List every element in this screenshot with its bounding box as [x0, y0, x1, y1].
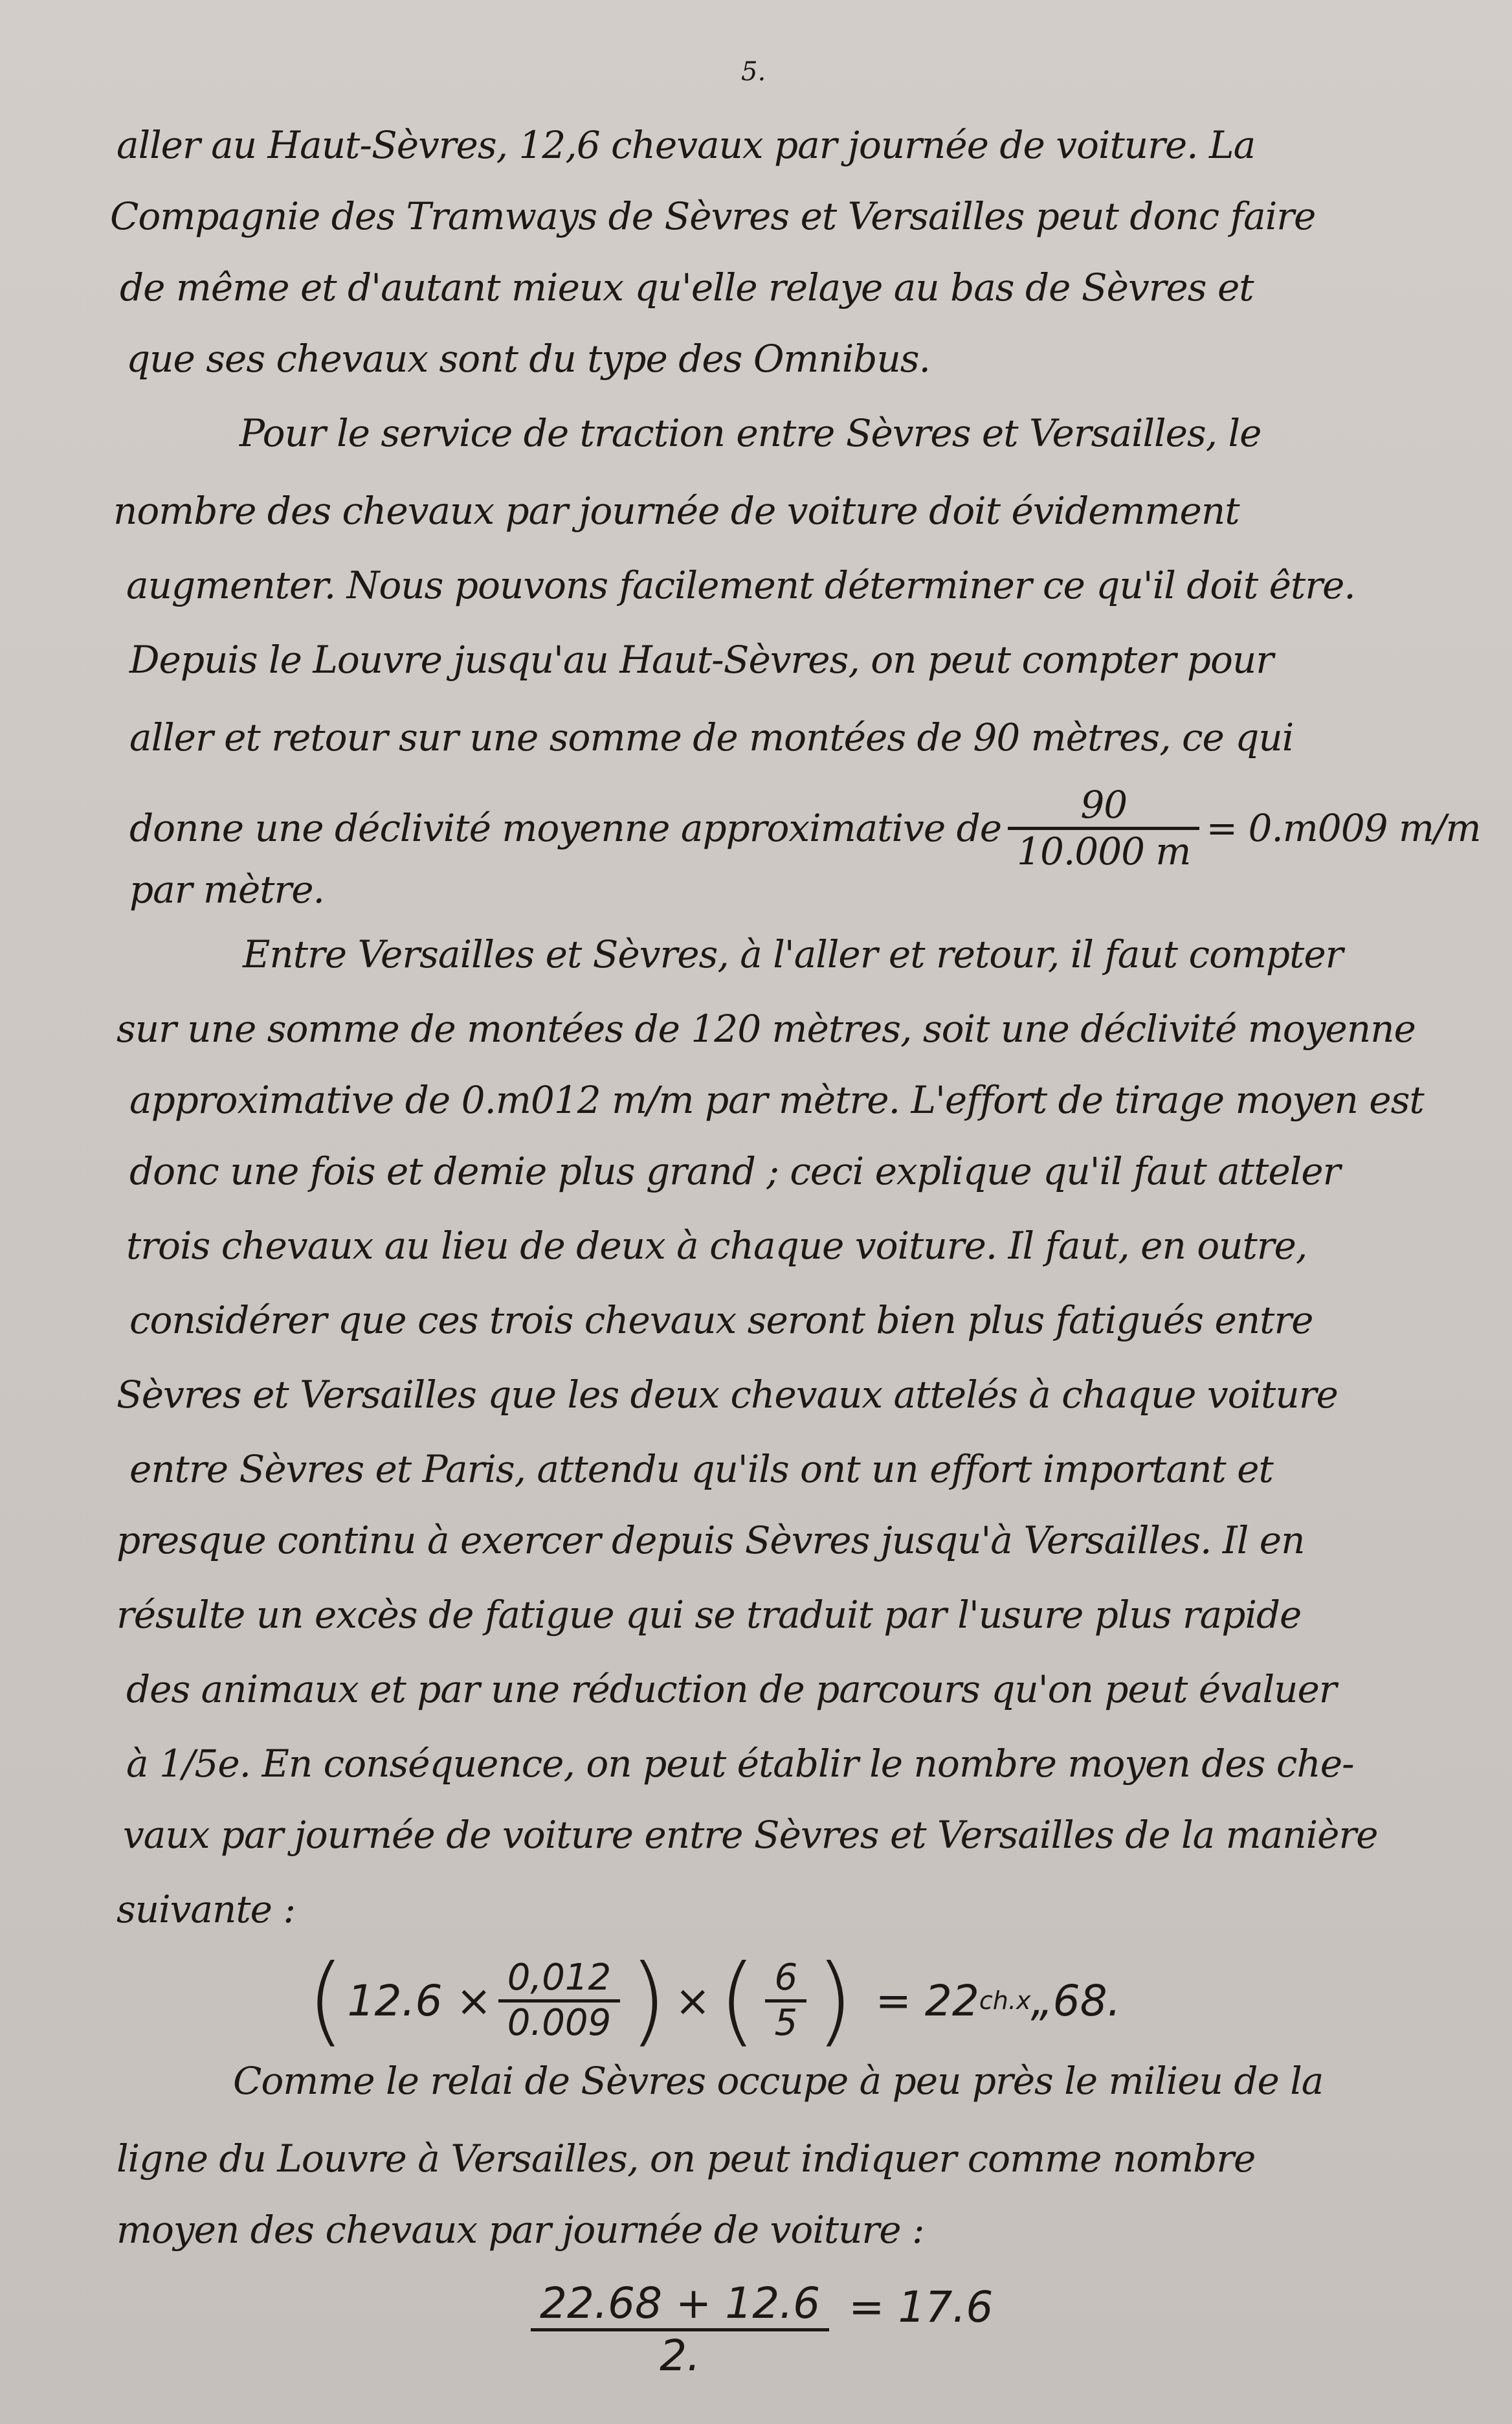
text-line: Comme le relai de Sèvres occupe à peu pr…: [233, 2059, 1323, 2103]
open-paren: (: [307, 1952, 345, 2049]
open-paren: (: [718, 1952, 757, 2049]
text-line: sur une somme de montées de 120 mètres, …: [117, 1007, 1416, 1051]
fraction-denominator: 2.: [650, 2331, 709, 2381]
ratio-fraction: 0,012 0.009: [498, 1957, 620, 2044]
text-line: suivante :: [117, 1887, 295, 1931]
text-line: augmenter. Nous pouvons facilement déter…: [126, 563, 1355, 607]
text-line: par mètre.: [129, 868, 324, 912]
text-line: aller et retour sur une somme de montées…: [129, 715, 1293, 759]
formula-decimal: „68.: [1030, 1976, 1120, 2026]
declivity-formula-line: donne une déclivité moyenne approximativ…: [129, 783, 1481, 873]
fraction-denominator: 10.000 m: [1008, 830, 1199, 873]
text-line: Pour le service de traction entre Sèvres…: [239, 411, 1261, 455]
fraction-numerator: 22.68 + 12.6: [531, 2279, 829, 2328]
horses-formula: ( 12.6 × 0,012 0.009 ) × ( 6 5 ) = 22 ch…: [304, 1952, 1121, 2049]
page-number: 5.: [741, 57, 766, 87]
text-line: trois chevaux au lieu de deux à chaque v…: [126, 1224, 1307, 1268]
text-line: Depuis le Louvre jusqu'au Haut-Sèvres, o…: [129, 638, 1273, 682]
average-formula: 22.68 + 12.6 2. = 17.6: [524, 2279, 993, 2381]
text-line: résulte un excès de fatigue qui se tradu…: [117, 1593, 1301, 1637]
close-paren: ): [629, 1952, 667, 2049]
unit-superscript: ch.x: [979, 1986, 1031, 2015]
text-line: de même et d'autant mieux qu'elle relaye…: [120, 265, 1254, 309]
text-line: considérer que ces trois chevaux seront …: [129, 1298, 1313, 1342]
declivity-fraction: 90 10.000 m: [1008, 783, 1199, 873]
text-line: moyen des chevaux par journée de voiture…: [117, 2208, 924, 2252]
factor-fraction: 6 5: [765, 1957, 806, 2044]
text-line: presque continu à exercer depuis Sèvres …: [117, 1518, 1304, 1562]
fraction-numerator: 90: [1071, 783, 1136, 827]
formula-equals: = 22: [876, 1976, 979, 2026]
text-line: Compagnie des Tramways de Sèvres et Vers…: [110, 194, 1315, 238]
formula-term: 12.6 ×: [348, 1976, 492, 2026]
text-line: aller au Haut-Sèvres, 12,6 chevaux par j…: [117, 123, 1255, 167]
fraction-numerator: 0,012: [498, 1957, 620, 1999]
text-line: vaux par journée de voiture entre Sèvres…: [123, 1813, 1377, 1857]
text-line: donne une déclivité moyenne approximativ…: [129, 806, 1001, 850]
text-line: Entre Versailles et Sèvres, à l'aller et…: [243, 932, 1342, 976]
text-line: approximative de 0.m012 m/m par mètre. L…: [129, 1078, 1424, 1122]
times-sign: ×: [675, 1976, 711, 2026]
text-line: entre Sèvres et Paris, attendu qu'ils on…: [129, 1447, 1273, 1491]
text-line: ligne du Louvre à Versailles, on peut in…: [117, 2137, 1255, 2181]
text-line: que ses chevaux sont du type des Omnibus…: [126, 337, 930, 381]
text-line: nombre des chevaux par journée de voitur…: [113, 489, 1240, 533]
text-line: Sèvres et Versailles que les deux chevau…: [117, 1373, 1338, 1417]
fraction-denominator: 0.009: [498, 2003, 620, 2044]
average-fraction: 22.68 + 12.6 2.: [531, 2279, 829, 2381]
fraction-numerator: 6: [765, 1957, 806, 1999]
average-result: = 17.6: [849, 2282, 993, 2332]
text-line: des animaux et par une réduction de parc…: [126, 1667, 1337, 1711]
close-paren: ): [816, 1952, 854, 2049]
fraction-denominator: 5: [765, 2003, 806, 2044]
declivity-result: = 0.m009 m/m: [1206, 806, 1480, 850]
text-line: donc une fois et demie plus grand ; ceci…: [129, 1149, 1340, 1193]
text-line: à 1/5e. En conséquence, on peut établir …: [126, 1742, 1354, 1786]
